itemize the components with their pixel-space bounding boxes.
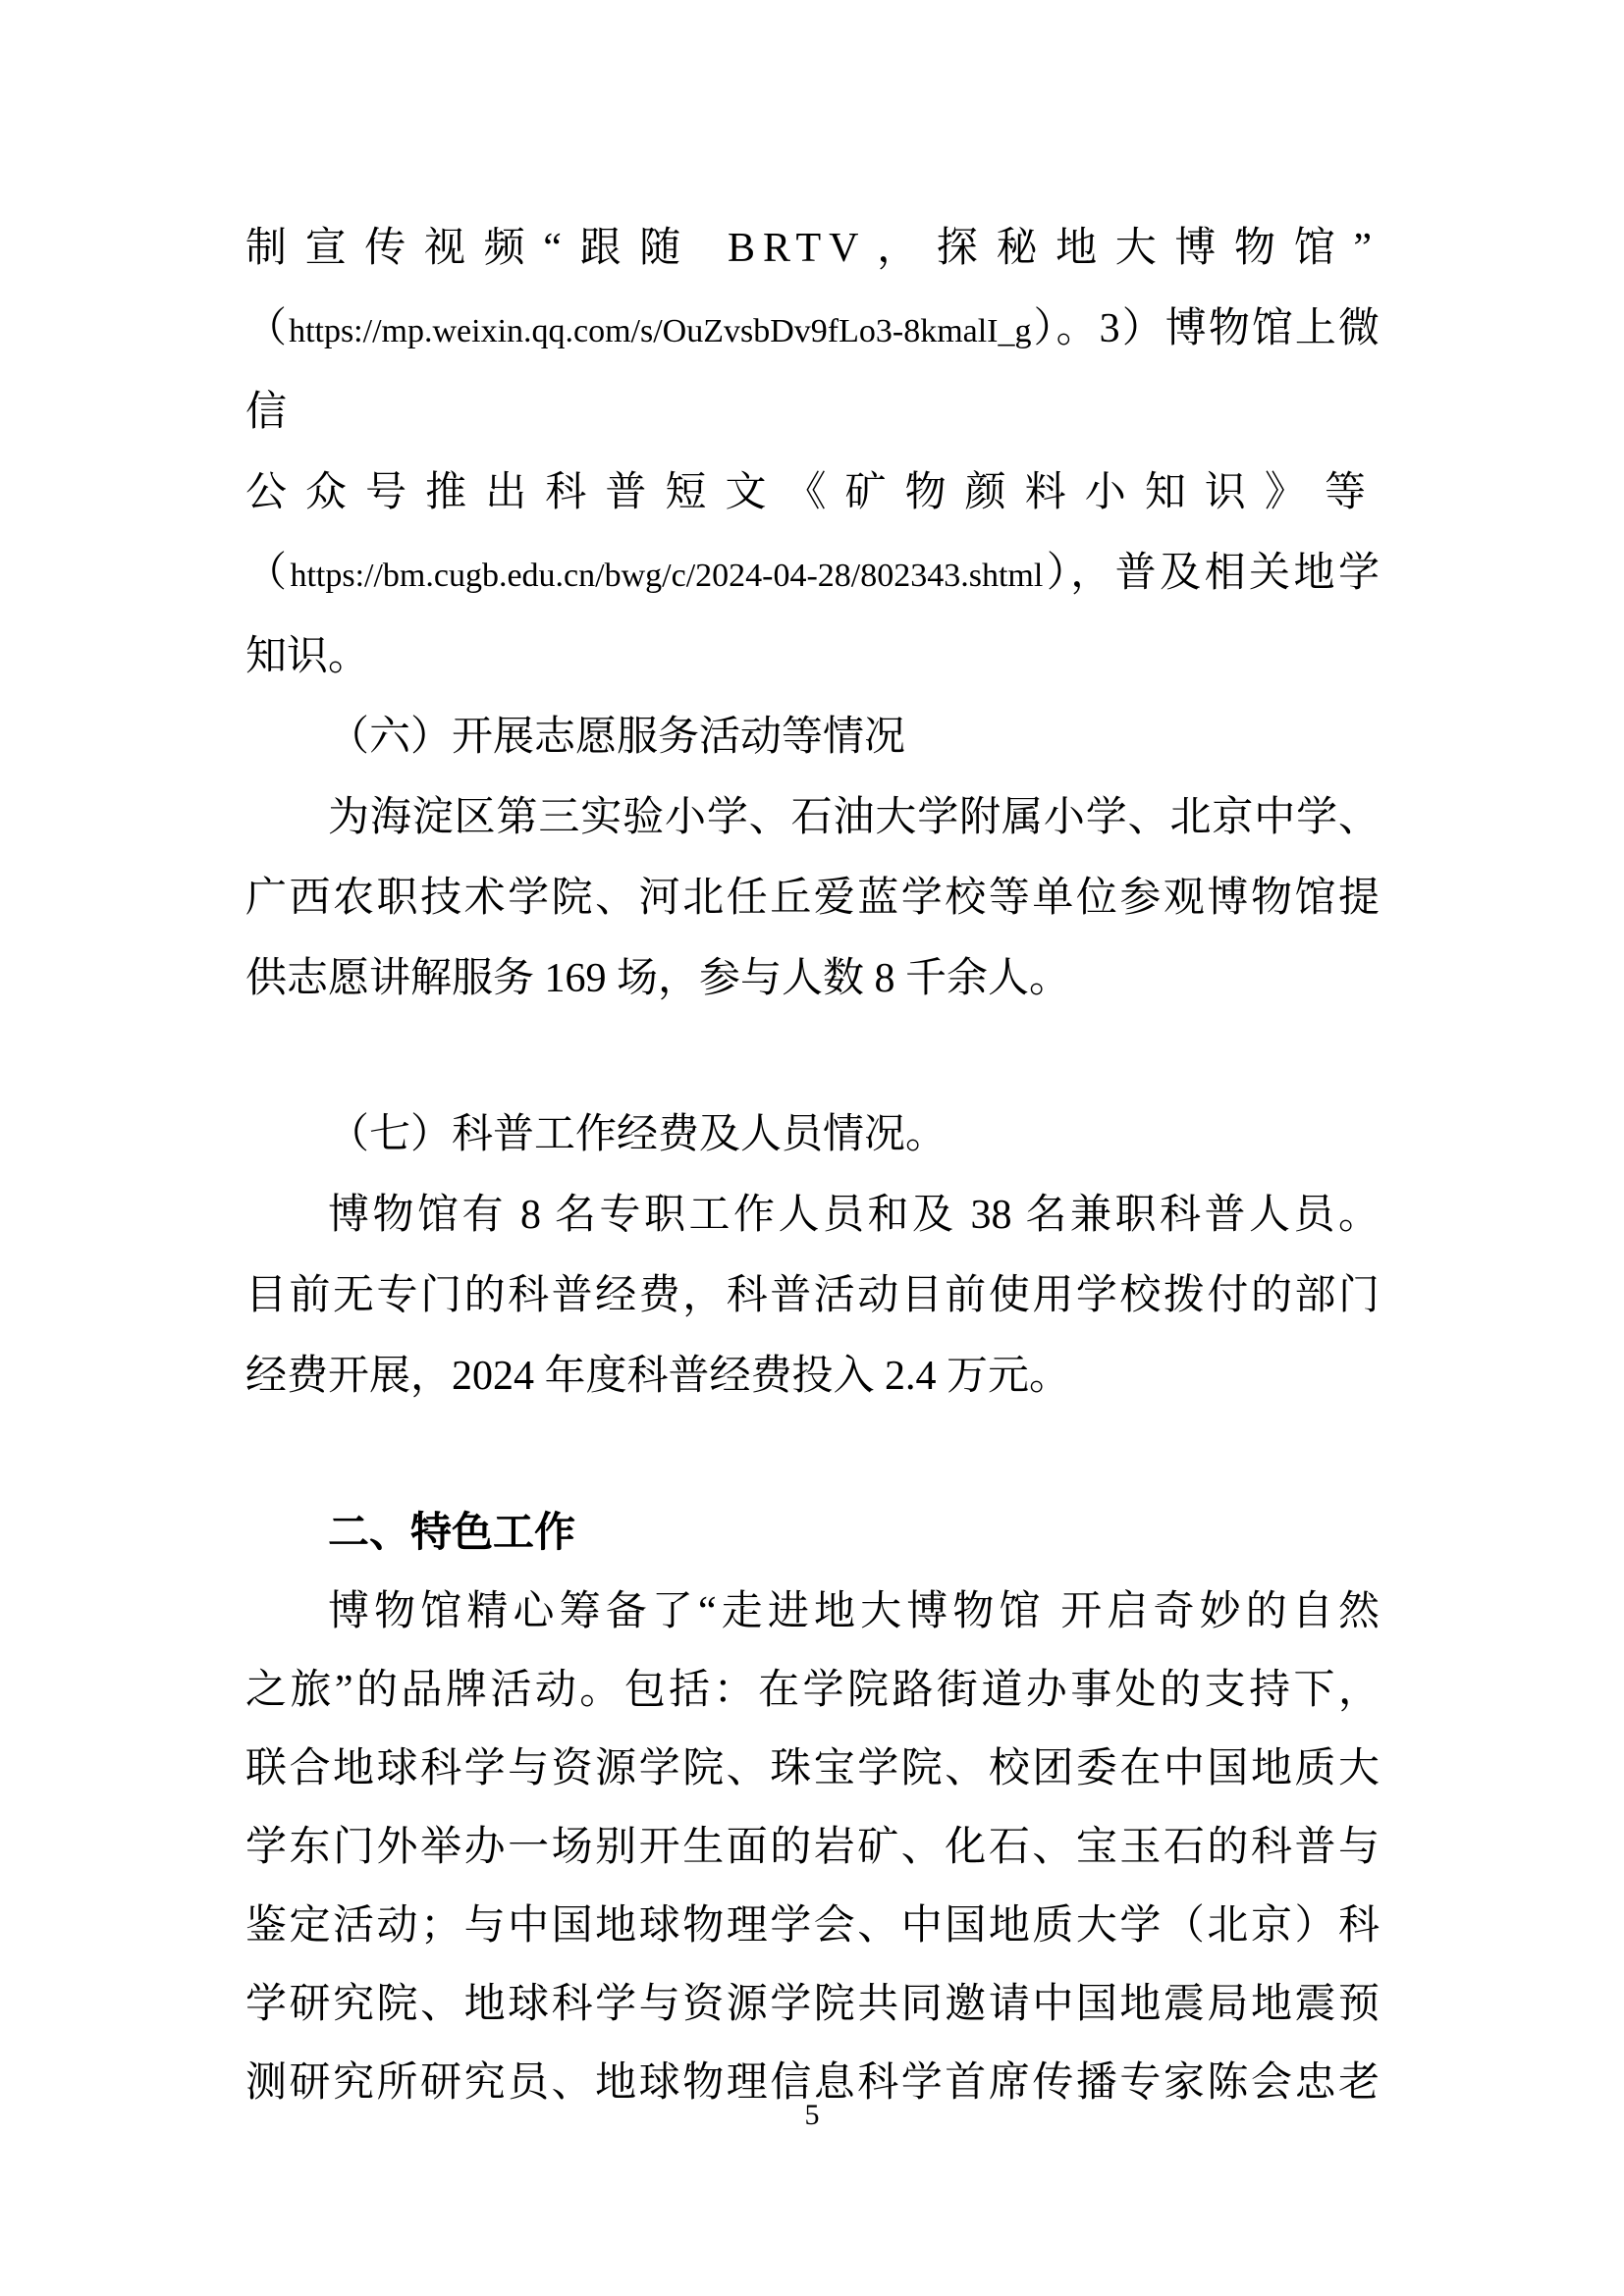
section-heading: 二、特色工作 (245, 1492, 1380, 1573)
page-number: 5 (0, 2094, 1624, 2137)
url-text: https://bm.cugb.edu.cn/bwg/c/2024-04-28/… (290, 558, 1043, 594)
text-line: （七）科普工作经费及人员情况。 (245, 1095, 1380, 1175)
text-line: 学东门外举办一场别开生面的岩矿、化石、宝玉石的科普与 (245, 1808, 1380, 1887)
text-line: （https://bm.cugb.edu.cn/bwg/c/2024-04-28… (245, 533, 1380, 616)
text-line: 鉴定活动；与中国地球物理学会、中国地质大学（北京）科 (245, 1887, 1380, 1965)
text-line: 供志愿讲解服务 169 场，参与人数 8 千余人。 (245, 938, 1380, 1019)
text-line: 博物馆有 8 名专职工作人员和及 38 名兼职科普人员。 (245, 1175, 1380, 1255)
blank-line (245, 1416, 1380, 1492)
text-line: 目前无专门的科普经费，科普活动目前使用学校拨付的部门 (245, 1255, 1380, 1336)
text-line: 广西农职技术学院、河北任丘爱蓝学校等单位参观博物馆提 (245, 858, 1380, 938)
blank-line (245, 1019, 1380, 1095)
text-line: 知识。 (245, 616, 1380, 697)
text-line: 联合地球科学与资源学院、珠宝学院、校团委在中国地质大 (245, 1730, 1380, 1808)
text-segment: （ (245, 551, 290, 596)
text-line: 制宣传视频“跟随 BRTV，探秘地大博物馆” (245, 208, 1380, 289)
text-line: 公众号推出科普短文《矿物颜料小知识》等 (245, 453, 1380, 533)
text-line: 之旅”的品牌活动。包括：在学院路街道办事处的支持下， (245, 1651, 1380, 1730)
text-line: 为海淀区第三实验小学、石油大学附属小学、北京中学、 (245, 777, 1380, 858)
url-text: https://mp.weixin.qq.com/s/OuZvsbDv9fLo3… (289, 313, 1031, 349)
text-line: 经费开展，2024 年度科普经费投入 2.4 万元。 (245, 1336, 1380, 1416)
text-line: 学研究院、地球科学与资源学院共同邀请中国地震局地震预 (245, 1965, 1380, 2044)
text-segment: （ (245, 306, 289, 351)
text-line: （六）开展志愿服务活动等情况 (245, 697, 1380, 777)
text-line: （https://mp.weixin.qq.com/s/OuZvsbDv9fLo… (245, 289, 1380, 453)
document-page: 制宣传视频“跟随 BRTV，探秘地大博物馆”（https://mp.weixin… (0, 0, 1624, 2296)
text-segment: ），普及相关地学 (1043, 551, 1380, 596)
text-line: 博物馆精心筹备了“走进地大博物馆 开启奇妙的自然 (245, 1573, 1380, 1651)
text-block: 制宣传视频“跟随 BRTV，探秘地大博物馆”（https://mp.weixin… (245, 208, 1380, 2122)
